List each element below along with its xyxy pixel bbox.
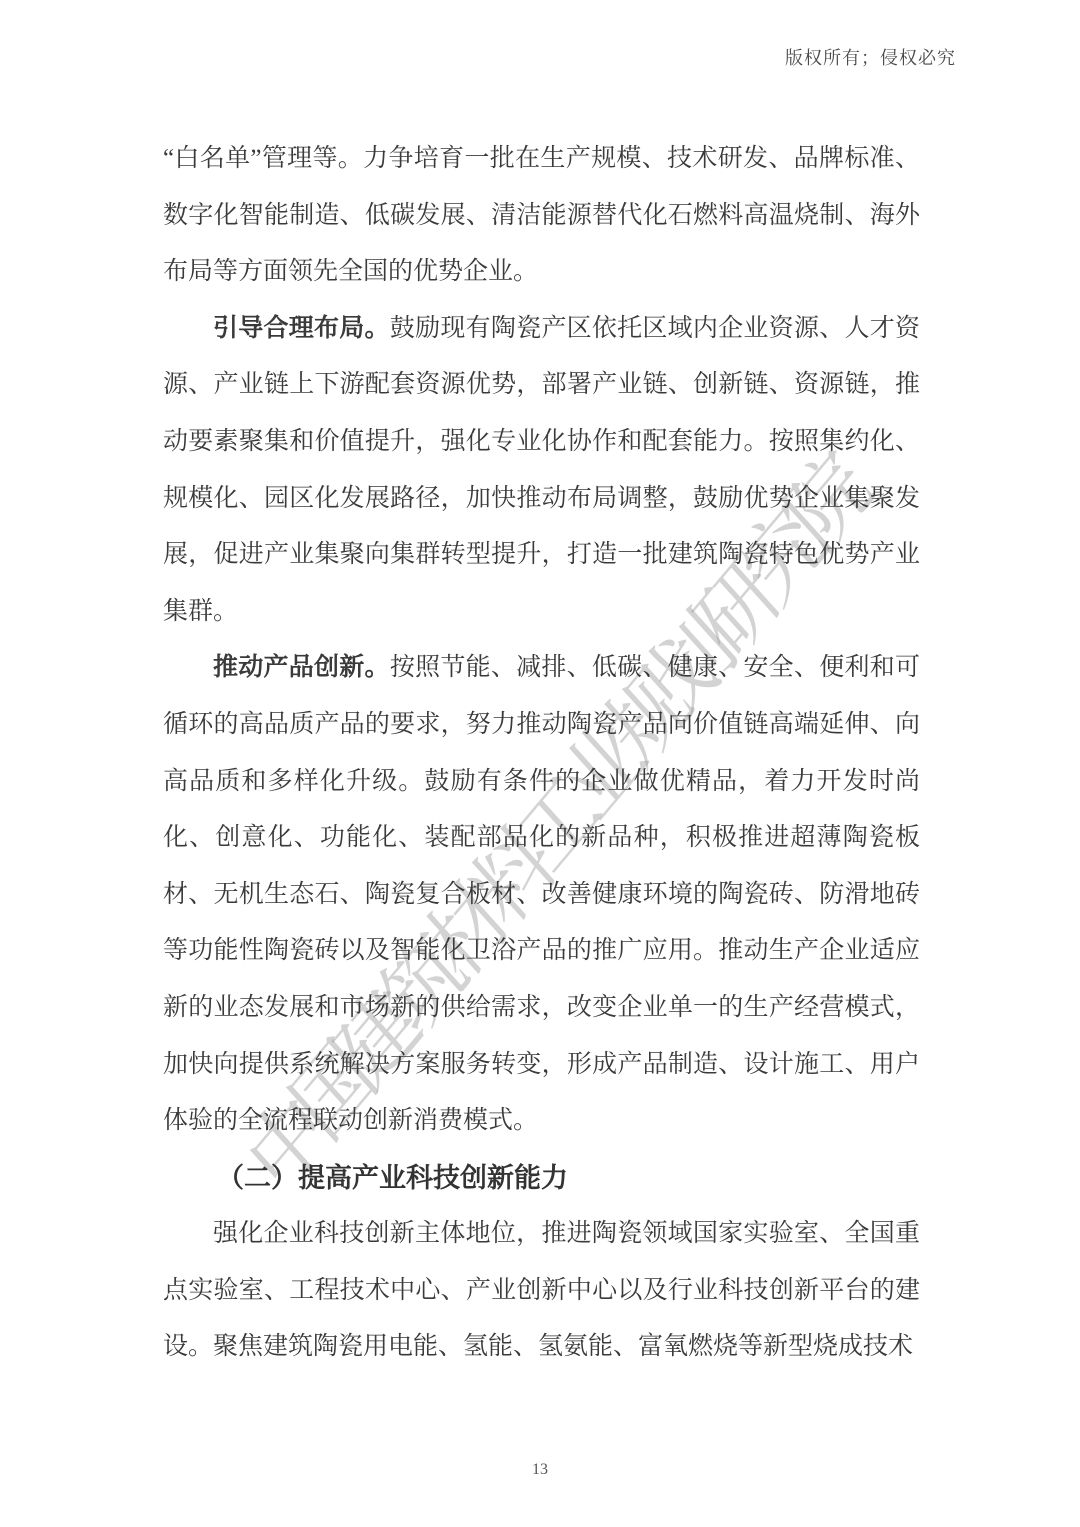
page-number: 13	[0, 1461, 1080, 1479]
copyright-notice: 版权所有；侵权必究	[785, 44, 956, 70]
paragraph-text: 按照节能、减排、低碳、健康、安全、便利和可循环的高品质产品的要求，努力推动陶瓷产…	[163, 654, 920, 1134]
document-page: 版权所有；侵权必究 中国建筑材料工业规划研究院 “白名单”管理等。力争培育一批在…	[0, 0, 1080, 1527]
section-heading: （二）提高产业科技创新能力	[163, 1150, 920, 1207]
paragraph-continuation: “白名单”管理等。力争培育一批在生产规模、技术研发、品牌标准、数字化智能制造、低…	[163, 131, 920, 301]
paragraph-tech-innovation: 强化企业科技创新主体地位，推进陶瓷领域国家实验室、全国重点实验室、工程技术中心、…	[163, 1206, 920, 1376]
paragraph-lead-bold: 引导合理布局。	[213, 315, 390, 342]
paragraph-text: 强化企业科技创新主体地位，推进陶瓷领域国家实验室、全国重点实验室、工程技术中心、…	[163, 1220, 920, 1360]
paragraph-guide-layout: 引导合理布局。鼓励现有陶瓷产区依托区域内企业资源、人才资源、产业链上下游配套资源…	[163, 301, 920, 641]
paragraph-text: 鼓励现有陶瓷产区依托区域内企业资源、人才资源、产业链上下游配套资源优势，部署产业…	[163, 315, 920, 625]
paragraph-lead-bold: 推动产品创新。	[213, 654, 390, 681]
paragraph-text: “白名单”管理等。力争培育一批在生产规模、技术研发、品牌标准、数字化智能制造、低…	[163, 145, 920, 285]
document-body: “白名单”管理等。力争培育一批在生产规模、技术研发、品牌标准、数字化智能制造、低…	[163, 131, 920, 1376]
paragraph-product-innovation: 推动产品创新。按照节能、减排、低碳、健康、安全、便利和可循环的高品质产品的要求，…	[163, 640, 920, 1149]
